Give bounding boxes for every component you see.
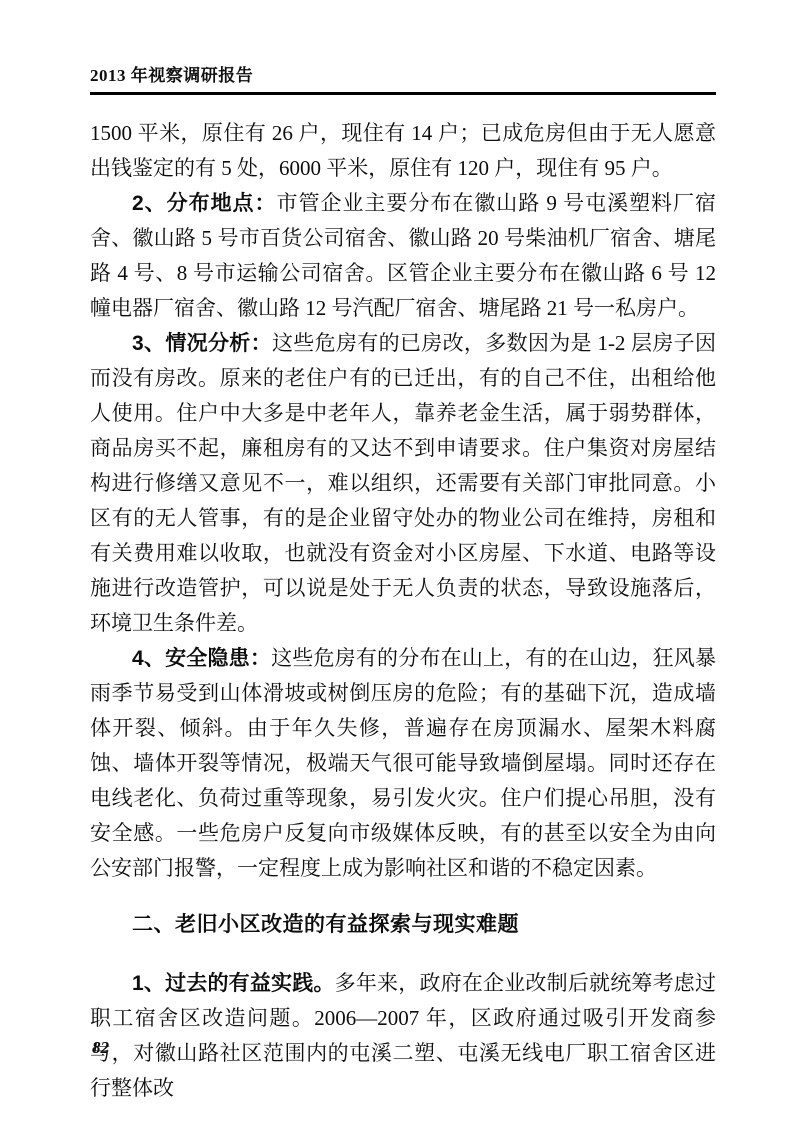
document-page: 2013 年视察调研报告 1500 平米，原住有 26 户，现住有 14 户；已… xyxy=(0,0,803,1133)
header-rule xyxy=(90,92,716,95)
page-number: 82 xyxy=(92,1038,109,1058)
document-body: 1500 平米，原住有 26 户，现住有 14 户；已成危房但由于无人愿意出钱鉴… xyxy=(90,116,716,1106)
paragraph-text: 1500 平米，原住有 26 户，现住有 14 户；已成危房但由于无人愿意出钱鉴… xyxy=(90,121,716,180)
paragraph-distribution: 2、分布地点：市管企业主要分布在徽山路 9 号屯溪塑料厂宿舍、徽山路 5 号市百… xyxy=(90,186,716,326)
paragraph-situation-analysis: 3、情况分析：这些危房有的已房改，多数因为是 1-2 层房子因而没有房改。原来的… xyxy=(90,326,716,641)
paragraph-lead-label: 3、情况分析： xyxy=(132,332,272,355)
paragraph-continuation: 1500 平米，原住有 26 户，现住有 14 户；已成危房但由于无人愿意出钱鉴… xyxy=(90,116,716,186)
paragraph-safety-hazard: 4、安全隐患：这些危房有的分布在山上，有的在山边，狂风暴雨季节易受到山体滑坡或树… xyxy=(90,641,716,886)
page-header: 2013 年视察调研报告 xyxy=(90,64,716,95)
paragraph-lead-label: 1、过去的有益实践。 xyxy=(132,972,335,995)
paragraph-lead-label: 4、安全隐患： xyxy=(132,647,271,670)
paragraph-text: 这些危房有的已房改，多数因为是 1-2 层房子因而没有房改。原来的老住户有的已迁… xyxy=(90,331,716,635)
section-heading: 二、老旧小区改造的有益探索与现实难题 xyxy=(90,907,716,942)
report-header-title: 2013 年视察调研报告 xyxy=(90,64,716,88)
paragraph-lead-label: 2、分布地点： xyxy=(132,192,277,215)
paragraph-past-practice: 1、过去的有益实践。多年来，政府在企业改制后就统筹考虑过职工宿舍区改造问题。20… xyxy=(90,966,716,1106)
paragraph-text: 这些危房有的分布在山上，有的在山边，狂风暴雨季节易受到山体滑坡或树倒压房的危险；… xyxy=(90,646,716,880)
